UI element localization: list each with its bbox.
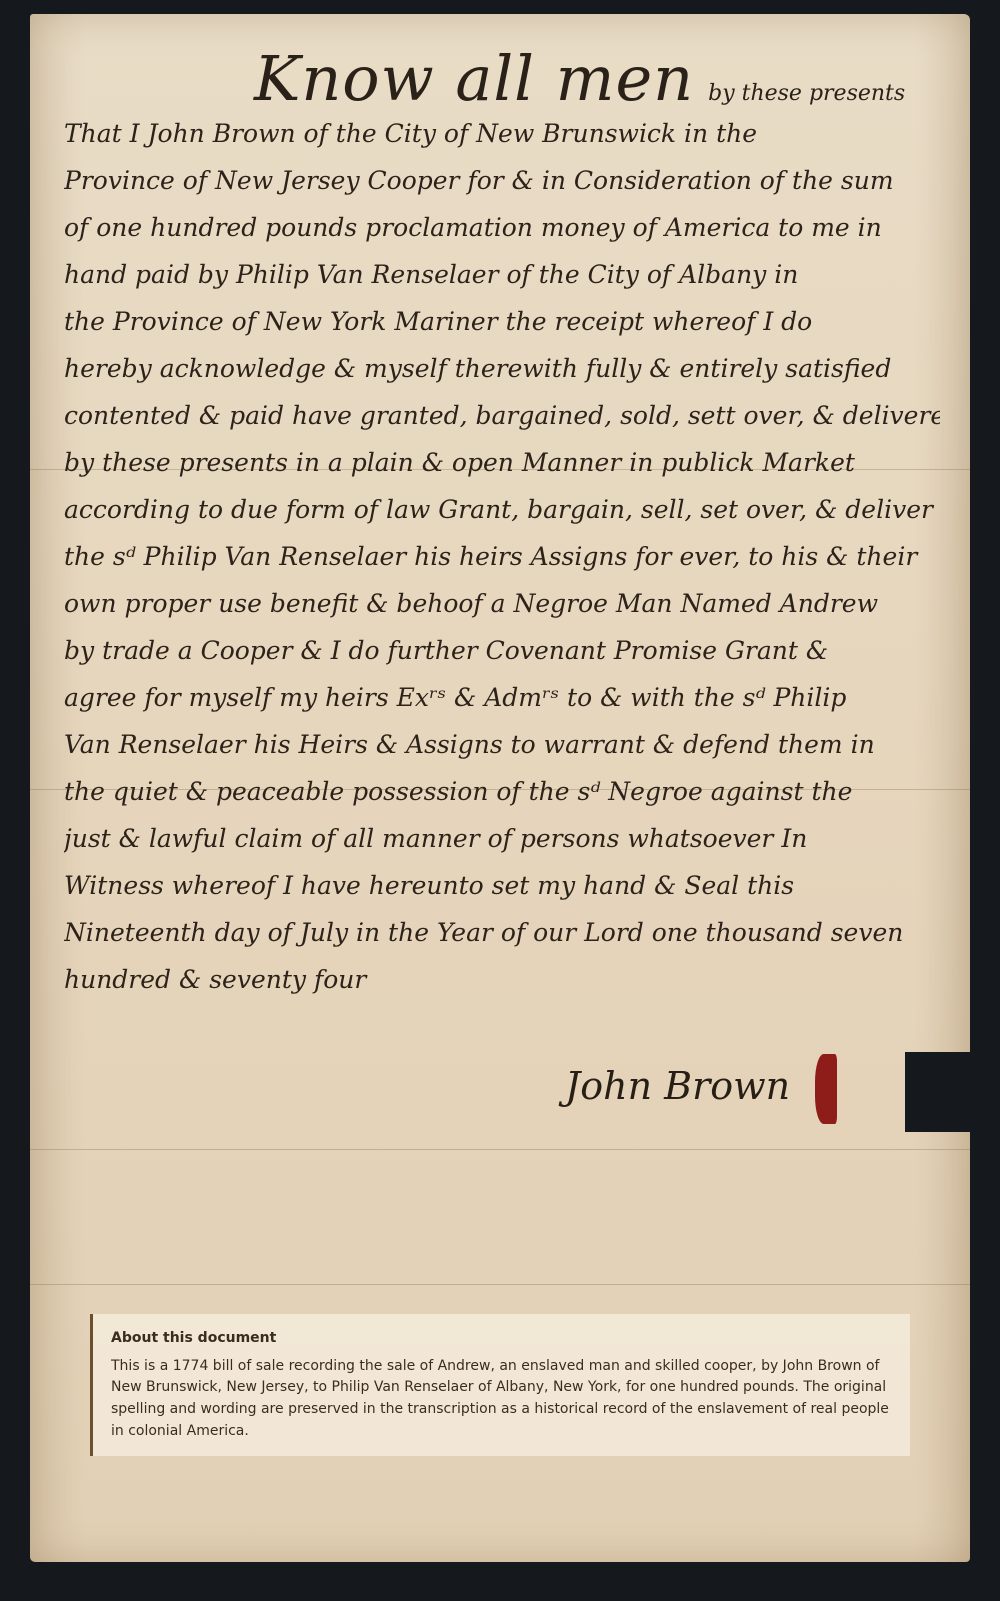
transcription-line: own proper use benefit & behoof a Negroe… <box>64 580 940 627</box>
heading-text: Know all men <box>254 42 694 115</box>
wax-seal <box>815 1054 837 1124</box>
transcription-line: just & lawful claim of all manner of per… <box>64 815 940 862</box>
transcription-line: of one hundred pounds proclamation money… <box>64 204 940 251</box>
transcription-line: Province of New Jersey Cooper for & in C… <box>64 157 940 204</box>
transcription-line: the Province of New York Mariner the rec… <box>64 298 940 345</box>
context-text: This is a 1774 bill of sale recording th… <box>111 1356 892 1443</box>
transcription-line: hereby acknowledge & myself therewith fu… <box>64 345 940 392</box>
fold-line <box>30 1149 970 1150</box>
transcription-line: contented & paid have granted, bargained… <box>64 392 940 439</box>
transcription-line: hundred & seventy four <box>64 956 940 1003</box>
transcription-line: Nineteenth day of July in the Year of ou… <box>64 909 940 956</box>
torn-edge <box>905 1052 1000 1132</box>
transcription-line: agree for myself my heirs Exʳˢ & Admʳˢ t… <box>64 674 940 721</box>
transcription-line: according to due form of law Grant, barg… <box>64 486 940 533</box>
context-note: About this document This is a 1774 bill … <box>90 1314 910 1456</box>
transcription-line: the quiet & peaceable possession of the … <box>64 768 940 815</box>
transcription-line: Van Renselaer his Heirs & Assigns to war… <box>64 721 940 768</box>
signature: John Brown <box>565 1064 790 1108</box>
transcription-lines: That I John Brown of the City of New Bru… <box>64 110 940 1003</box>
transcription-line: the sᵈ Philip Van Renselaer his heirs As… <box>64 533 940 580</box>
transcription-line: hand paid by Philip Van Renselaer of the… <box>64 251 940 298</box>
document-heading: Know all menby these presents <box>254 48 940 110</box>
transcription-line: by these presents in a plain & open Mann… <box>64 439 940 486</box>
transcription: Know all menby these presents That I Joh… <box>64 48 940 1003</box>
heading-tail: by these presents <box>708 81 905 106</box>
transcription-line: Witness whereof I have hereunto set my h… <box>64 862 940 909</box>
context-title: About this document <box>111 1328 892 1350</box>
fold-line <box>30 1284 970 1285</box>
transcription-line: by trade a Cooper & I do further Covenan… <box>64 627 940 674</box>
transcription-line: That I John Brown of the City of New Bru… <box>64 110 940 157</box>
manuscript-page: Know all menby these presents That I Joh… <box>30 14 970 1562</box>
